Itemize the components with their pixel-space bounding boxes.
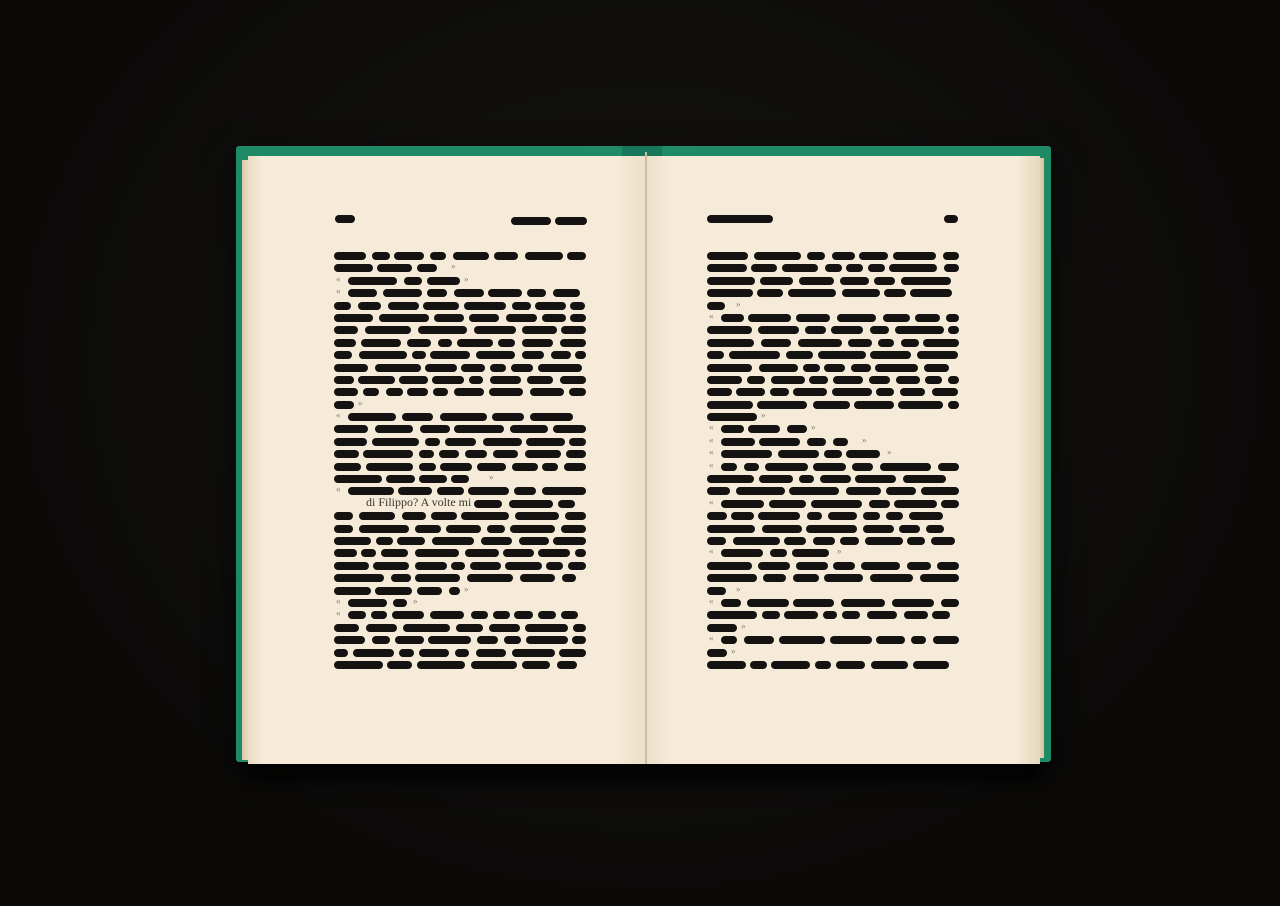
redacted-line: [707, 374, 959, 386]
redaction-bar: [758, 562, 790, 570]
redaction-bar: [415, 562, 447, 570]
redaction-bar: [542, 487, 586, 495]
redaction-bar: [334, 326, 358, 334]
redaction-bar: [489, 388, 523, 396]
redaction-bar: [476, 649, 506, 657]
redaction-bar: [439, 450, 459, 458]
redacted-line: [707, 324, 959, 336]
redaction-bar: [865, 537, 903, 545]
redaction-bar: [568, 562, 586, 570]
redaction-bar: [893, 252, 936, 260]
redaction-bar: [334, 388, 358, 396]
redaction-bar: [799, 277, 834, 285]
redaction-bar: [751, 264, 777, 272]
redaction-bar: [811, 500, 862, 508]
redaction-bar: [948, 376, 959, 384]
redaction-bar: [419, 463, 436, 471]
redaction-bar: [481, 537, 512, 545]
redaction-bar: [898, 401, 943, 409]
redaction-bar: [375, 425, 413, 433]
redaction-bar: [432, 376, 464, 384]
redaction-bar: [784, 537, 806, 545]
right-page-number-redacted: [944, 215, 958, 223]
redacted-line: [707, 560, 959, 572]
redacted-line: »: [334, 399, 588, 411]
redaction-bar: [807, 512, 822, 520]
redaction-bar: [944, 264, 959, 272]
redaction-bar: [931, 537, 955, 545]
redaction-bar: [530, 413, 573, 421]
redaction-bar: [948, 326, 959, 334]
redaction-bar: [446, 525, 481, 533]
redaction-bar: [750, 661, 767, 669]
redaction-bar: [924, 364, 949, 372]
redaction-bar: [832, 388, 872, 396]
redaction-bar: [818, 351, 866, 359]
redaction-bar: [941, 500, 959, 508]
redaction-bar: [770, 549, 787, 557]
redaction-bar: [381, 549, 408, 557]
redaction-bar: [334, 264, 373, 272]
redacted-line: «: [707, 461, 959, 473]
redaction-bar: [419, 450, 434, 458]
redaction-bar: [759, 364, 798, 372]
redacted-line: «: [707, 312, 959, 324]
redaction-bar: [575, 351, 586, 359]
redacted-line: [707, 510, 959, 522]
redaction-bar: [530, 388, 564, 396]
redaction-bar: [383, 289, 422, 297]
redaction-bar: [372, 636, 390, 644]
redaction-bar: [923, 339, 959, 347]
redaction-bar: [538, 611, 556, 619]
redaction-bar: [334, 450, 359, 458]
redaction-bar: [525, 450, 561, 458]
redaction-bar: [707, 624, 737, 632]
redaction-bar: [461, 512, 509, 520]
redaction-bar: [477, 636, 498, 644]
redaction-bar: [376, 537, 393, 545]
redaction-bar: [433, 388, 448, 396]
redacted-line: [334, 250, 588, 262]
redaction-bar: [465, 549, 499, 557]
redaction-bar: [449, 587, 460, 595]
redaction-bar: [793, 574, 819, 582]
redacted-line: [334, 547, 588, 559]
redaction-bar: [334, 401, 354, 409]
redaction-bar: [921, 487, 959, 495]
redaction-bar: [779, 636, 825, 644]
redaction-bar: [809, 376, 828, 384]
redaction-bar: [430, 351, 470, 359]
redaction-bar: [886, 487, 916, 495]
redaction-bar: [852, 463, 873, 471]
redaction-bar: [561, 611, 578, 619]
redaction-bar: [538, 364, 582, 372]
redaction-bar: [365, 326, 411, 334]
redaction-bar: [761, 339, 791, 347]
redacted-line: [334, 436, 588, 448]
redacted-line: [707, 287, 959, 299]
redaction-bar: [415, 574, 460, 582]
redaction-bar: [505, 562, 542, 570]
redaction-bar: [399, 649, 414, 657]
redacted-line: [707, 399, 959, 411]
redaction-bar: [375, 587, 412, 595]
left-running-head-redacted: [511, 217, 551, 225]
redaction-bar: [707, 525, 755, 533]
redaction-bar: [842, 289, 880, 297]
redaction-bar: [457, 339, 493, 347]
redacted-line: »: [707, 585, 959, 597]
redacted-line: [707, 349, 959, 361]
redaction-bar: [832, 252, 855, 260]
redaction-bar: [474, 326, 516, 334]
redaction-bar: [569, 438, 586, 446]
redaction-bar: [334, 636, 365, 644]
redaction-bar: [828, 512, 857, 520]
redaction-bar: [789, 487, 839, 495]
redaction-bar: [553, 537, 586, 545]
redaction-bar: [334, 339, 356, 347]
redaction-bar: [757, 289, 783, 297]
redaction-bar: [721, 314, 744, 322]
redaction-bar: [830, 636, 872, 644]
redaction-bar: [796, 562, 828, 570]
redacted-line: [334, 523, 588, 535]
redaction-bar: [833, 438, 848, 446]
redaction-bar: [430, 252, 446, 260]
redaction-bar: [721, 463, 737, 471]
redaction-bar: [334, 302, 351, 310]
redaction-bar: [855, 475, 896, 483]
redacted-line: «»: [707, 436, 959, 448]
redaction-bar: [799, 475, 814, 483]
redaction-bar: [867, 611, 897, 619]
redacted-line: [707, 572, 959, 584]
redaction-bar: [522, 661, 550, 669]
redaction-bar: [758, 512, 800, 520]
redaction-bar: [846, 264, 863, 272]
redaction-bar: [334, 649, 348, 657]
redaction-bar: [471, 661, 517, 669]
redaction-bar: [358, 302, 381, 310]
redaction-bar: [464, 302, 506, 310]
redaction-bar: [542, 463, 558, 471]
redaction-bar: [792, 549, 829, 557]
redaction-bar: [402, 413, 433, 421]
redaction-bar: [348, 611, 366, 619]
redacted-line: [707, 262, 959, 274]
redacted-line: [334, 510, 588, 522]
redacted-line: [334, 362, 588, 374]
redaction-bar: [567, 252, 586, 260]
redaction-bar: [468, 487, 509, 495]
redaction-bar: [392, 611, 424, 619]
redaction-bar: [425, 438, 440, 446]
redaction-bar: [456, 624, 483, 632]
redaction-bar: [896, 376, 920, 384]
redaction-bar: [771, 661, 810, 669]
redaction-bar: [937, 562, 959, 570]
redaction-bar: [778, 450, 819, 458]
redacted-line: »: [334, 585, 588, 597]
right-page-text-block: »«»«»«»«»«««»»«»«»: [707, 250, 959, 671]
redaction-bar: [736, 388, 765, 396]
redacted-line: »: [707, 647, 959, 659]
redaction-bar: [334, 562, 369, 570]
redacted-line: [707, 535, 959, 547]
redaction-bar: [707, 302, 725, 310]
redaction-bar: [514, 487, 536, 495]
redacted-line: [334, 337, 588, 349]
redaction-bar: [353, 649, 394, 657]
redaction-bar: [854, 401, 894, 409]
redaction-bar: [759, 438, 800, 446]
redaction-bar: [721, 450, 772, 458]
redaction-bar: [748, 425, 780, 433]
redacted-line: [707, 362, 959, 374]
redaction-bar: [570, 302, 585, 310]
redaction-bar: [926, 525, 944, 533]
redaction-bar: [407, 339, 431, 347]
redaction-bar: [899, 525, 920, 533]
redaction-bar: [553, 425, 586, 433]
redaction-bar: [759, 475, 793, 483]
redaction-bar: [915, 314, 940, 322]
redaction-bar: [895, 326, 944, 334]
redaction-bar: [707, 413, 757, 421]
redaction-bar: [334, 463, 361, 471]
redaction-bar: [840, 277, 869, 285]
redaction-bar: [526, 636, 568, 644]
redaction-bar: [771, 376, 805, 384]
redaction-bar: [707, 512, 727, 520]
redaction-bar: [419, 649, 449, 657]
redaction-bar: [467, 574, 513, 582]
redaction-bar: [438, 339, 452, 347]
redaction-bar: [707, 537, 726, 545]
redaction-bar: [825, 264, 842, 272]
redacted-line: [707, 386, 959, 398]
redaction-bar: [824, 450, 842, 458]
redacted-line: «: [707, 634, 959, 646]
redaction-bar: [744, 636, 774, 644]
redaction-bar: [492, 413, 524, 421]
redaction-bar: [515, 512, 559, 520]
redaction-bar: [402, 512, 426, 520]
redaction-bar: [813, 401, 850, 409]
redaction-bar: [514, 611, 533, 619]
redaction-bar: [451, 562, 465, 570]
redaction-bar: [883, 314, 910, 322]
redaction-bar: [363, 388, 379, 396]
redaction-bar: [878, 339, 894, 347]
redaction-bar: [562, 574, 576, 582]
redaction-bar: [527, 289, 546, 297]
redacted-line: [334, 461, 588, 473]
redaction-bar: [399, 376, 428, 384]
redaction-bar: [415, 549, 459, 557]
redaction-bar: [833, 562, 855, 570]
redacted-line: «»: [334, 597, 588, 609]
redaction-bar: [946, 314, 959, 322]
redaction-bar: [747, 376, 765, 384]
redaction-bar: [876, 636, 905, 644]
redaction-bar: [391, 574, 411, 582]
redaction-bar: [386, 388, 403, 396]
redaction-bar: [820, 475, 851, 483]
redaction-bar: [334, 624, 359, 632]
redaction-bar: [423, 302, 459, 310]
redaction-bar: [388, 302, 419, 310]
redaction-bar: [373, 562, 409, 570]
redaction-bar: [334, 587, 371, 595]
redaction-bar: [721, 438, 755, 446]
redaction-bar: [415, 525, 441, 533]
redaction-bar: [938, 463, 959, 471]
redaction-bar: [948, 401, 959, 409]
visible-phrase: di Filippo? A volte mi: [366, 496, 471, 508]
redaction-bar: [707, 649, 727, 657]
redaction-bar: [911, 636, 926, 644]
left-running-head-redacted-2: [555, 217, 587, 225]
redaction-bar: [904, 611, 928, 619]
redaction-bar: [471, 611, 488, 619]
redaction-bar: [841, 599, 885, 607]
redaction-bar: [807, 438, 826, 446]
redaction-bar: [334, 438, 367, 446]
redaction-bar: [454, 388, 484, 396]
redaction-bar: [469, 314, 499, 322]
redaction-bar: [431, 512, 457, 520]
redaction-bar: [868, 264, 885, 272]
redaction-bar: [551, 351, 571, 359]
redaction-bar: [522, 326, 557, 334]
redaction-bar: [493, 611, 510, 619]
redaction-bar: [846, 487, 881, 495]
redaction-bar: [573, 624, 586, 632]
redaction-bar: [871, 661, 908, 669]
redaction-bar: [748, 314, 791, 322]
redaction-bar: [334, 425, 368, 433]
redaction-bar: [925, 376, 942, 384]
redaction-bar: [736, 487, 785, 495]
redaction-bar: [901, 277, 951, 285]
redaction-bar: [420, 425, 450, 433]
redaction-bar: [470, 562, 501, 570]
redaction-bar: [782, 264, 818, 272]
redaction-bar: [561, 326, 586, 334]
redaction-bar: [941, 599, 959, 607]
redaction-bar: [707, 587, 726, 595]
redaction-bar: [793, 388, 827, 396]
redaction-bar: [707, 574, 757, 582]
redaction-bar: [387, 661, 412, 669]
redaction-bar: [334, 537, 371, 545]
redaction-bar: [489, 624, 520, 632]
redaction-bar: [334, 351, 352, 359]
redaction-bar: [490, 376, 521, 384]
redaction-bar: [361, 339, 401, 347]
redaction-bar: [469, 376, 483, 384]
redaction-bar: [503, 549, 534, 557]
redaction-bar: [535, 302, 566, 310]
redaction-bar: [932, 388, 958, 396]
redacted-line: [334, 386, 588, 398]
redaction-bar: [784, 611, 818, 619]
redaction-bar: [465, 450, 487, 458]
redaction-bar: [334, 364, 368, 372]
redaction-bar: [869, 376, 890, 384]
redaction-bar: [412, 351, 426, 359]
redaction-bar: [824, 364, 845, 372]
redaction-bar: [707, 661, 746, 669]
redaction-bar: [488, 289, 522, 297]
redaction-bar: [397, 537, 425, 545]
redaction-bar: [407, 388, 428, 396]
redaction-bar: [546, 562, 563, 570]
redacted-line: [334, 448, 588, 460]
redaction-bar: [707, 475, 754, 483]
redacted-line: »: [707, 300, 959, 312]
redaction-bar: [943, 252, 959, 260]
redaction-bar: [707, 339, 754, 347]
redacted-line: [334, 349, 588, 361]
redaction-bar: [917, 351, 958, 359]
redaction-bar: [557, 661, 577, 669]
redacted-line: [334, 312, 588, 324]
redaction-bar: [760, 277, 793, 285]
redaction-bar: [807, 252, 825, 260]
redaction-bar: [575, 549, 586, 557]
redaction-bar: [907, 562, 931, 570]
left-page-text-block: »«»«»«»«»«»«: [334, 250, 588, 671]
redaction-bar: [453, 252, 489, 260]
redaction-bar: [511, 364, 533, 372]
redaction-bar: [762, 611, 780, 619]
redaction-bar: [907, 537, 925, 545]
redaction-bar: [803, 364, 820, 372]
redaction-bar: [920, 574, 959, 582]
redaction-bar: [417, 661, 465, 669]
redaction-bar: [476, 351, 515, 359]
redaction-bar: [721, 500, 764, 508]
redaction-bar: [359, 525, 409, 533]
redaction-bar: [836, 661, 865, 669]
redaction-bar: [707, 388, 732, 396]
redaction-bar: [526, 438, 565, 446]
redaction-bar: [440, 413, 487, 421]
redaction-bar: [558, 500, 575, 508]
redaction-bar: [707, 376, 742, 384]
redaction-bar: [487, 525, 505, 533]
redaction-bar: [542, 314, 566, 322]
redacted-line: [707, 275, 959, 287]
redaction-bar: [909, 512, 943, 520]
redaction-bar: [425, 364, 457, 372]
redaction-bar: [455, 649, 469, 657]
redaction-bar: [848, 339, 872, 347]
redaction-bar: [869, 500, 890, 508]
redaction-bar: [707, 364, 752, 372]
redaction-bar: [445, 438, 476, 446]
redaction-bar: [707, 611, 757, 619]
redaction-bar: [565, 512, 586, 520]
redacted-line: «: [334, 609, 588, 621]
redaction-bar: [894, 500, 937, 508]
redaction-bar: [813, 537, 835, 545]
